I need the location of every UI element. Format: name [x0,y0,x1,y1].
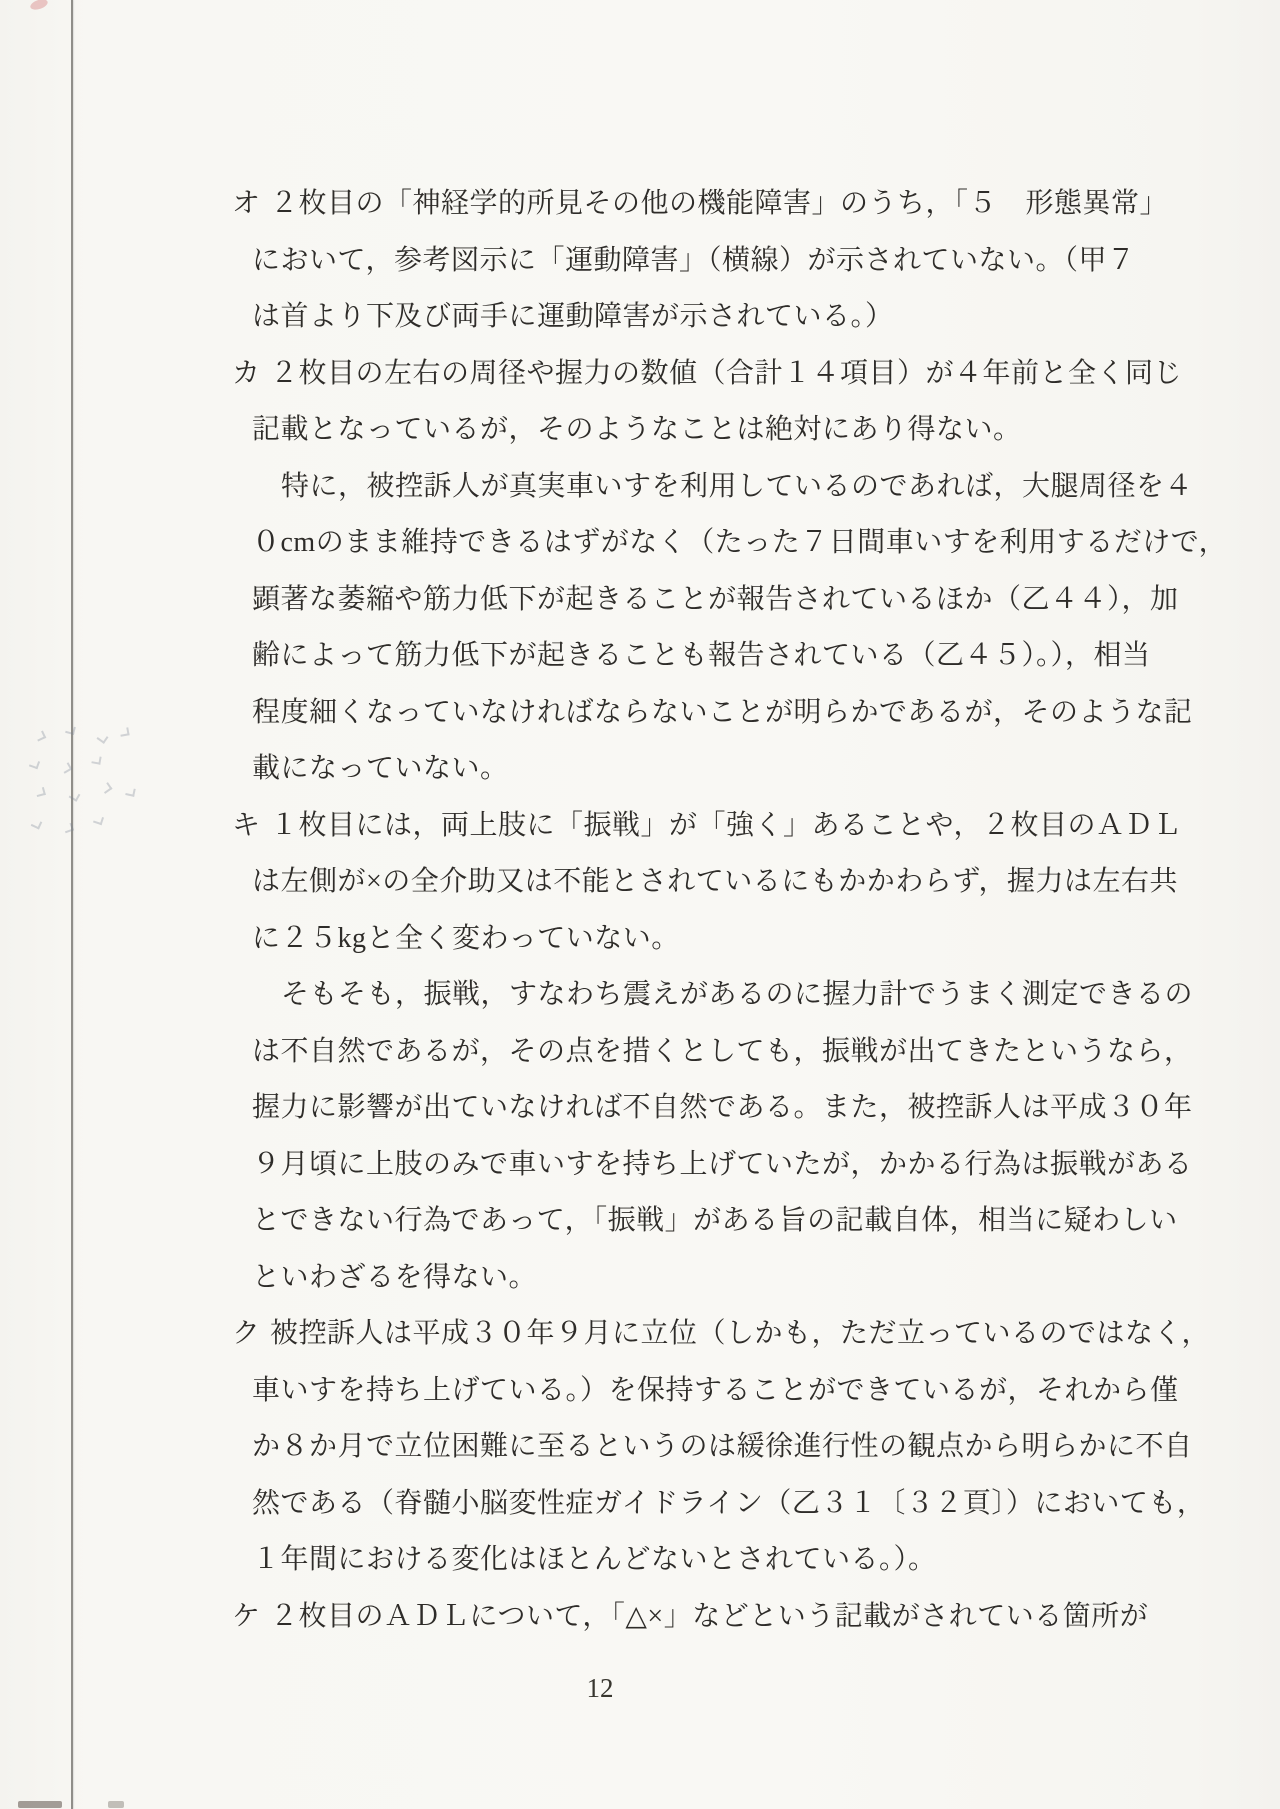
body-text: は不自然であるが，その点を措くとしても，振戦が出てきたというなら， [252,1036,1193,1067]
list-item-line: ９月頃に上肢のみで車いすを持ち上げていたが，かかる行為は振戦がある [0,1137,1280,1194]
list-item-line: 顕著な萎縮や筋力低下が起きることが報告されているほか（乙４４），加 [0,572,1280,629]
list-item-line: ケ２枚目のＡＤＬについて，「△×」などという記載がされている箇所が [0,1589,1280,1646]
body-text: 記載となっているが，そのようなことは絶対にあり得ない。 [252,414,1022,445]
scan-edge-smudge [108,1801,124,1808]
list-item-line: とできない行為であって，「振戦」がある旨の記載自体，相当に疑わしい [0,1193,1280,1250]
scanned-document-page: オ２枚目の「神経学的所見その他の機能障害」のうち，「５ 形態異常」 において，参… [0,0,1280,1809]
list-item-line: は首より下及び両手に運動障害が示されている。） [0,289,1280,346]
list-item-line: そもそも，振戦，すなわち震えがあるのに握力計でうまく測定できるの [0,967,1280,1024]
body-text: ２枚目の左右の周径や握力の数値（合計１４項目）が４年前と全く同じ [270,358,1182,389]
body-text: ２枚目の「神経学的所見その他の機能障害」のうち，「５ 形態異常」 [270,188,1168,219]
list-item-line: 握力に影響が出ていなければ不自然である。また，被控訴人は平成３０年 [0,1080,1280,1137]
list-item-line: 載になっていない。 [0,741,1280,798]
body-text: ０cmのまま維持できるはずがなく（たった７日間車いすを利用するだけで， [252,527,1227,558]
list-item-line: 然である（脊髄小脳変性症ガイドライン（乙３１〔３２頁〕）においても， [0,1476,1280,1533]
body-text: において，参考図示に「運動障害」（横線）が示されていない。（甲７ [252,245,1135,276]
list-item-line: か８か月で立位困難に至るというのは緩徐進行性の観点から明らかに不自 [0,1419,1280,1476]
list-item-line: ０cmのまま維持できるはずがなく（たった７日間車いすを利用するだけで， [0,515,1280,572]
body-text: 特に，被控訴人が真実車いすを利用しているのであれば，大腿周径を４ [281,471,1193,502]
list-item-line: オ２枚目の「神経学的所見その他の機能障害」のうち，「５ 形態異常」 [0,176,1280,233]
body-text: とできない行為であって，「振戦」がある旨の記載自体，相当に疑わしい [252,1205,1178,1236]
list-item-line: 特に，被控訴人が真実車いすを利用しているのであれば，大腿周径を４ [0,459,1280,516]
body-text: 程度細くなっていなければならないことが明らかであるが，そのような記 [252,697,1193,728]
body-text: 被控訴人は平成３０年９月に立位（しかも，ただ立っているのではなく， [270,1318,1210,1349]
list-item-line: 記載となっているが，そのようなことは絶対にあり得ない。 [0,402,1280,459]
list-item-line: １年間における変化はほとんどないとされている。）。 [0,1532,1280,1589]
body-text: そもそも，振戦，すなわち震えがあるのに握力計でうまく測定できるの [281,979,1193,1010]
item-label: ケ [232,1589,270,1646]
body-text: 載になっていない。 [252,753,509,784]
list-item-line: 車いすを持ち上げている。）を保持することができているが，それから僅 [0,1363,1280,1420]
body-text: は首より下及び両手に運動障害が示されている。） [252,301,894,332]
body-text: に２５kgと全く変わっていない。 [252,923,680,954]
list-item-line: カ２枚目の左右の周径や握力の数値（合計１４項目）が４年前と全く同じ [0,346,1280,403]
body-text: か８か月で立位困難に至るというのは緩徐進行性の観点から明らかに不自 [252,1431,1193,1462]
list-item-line: に２５kgと全く変わっていない。 [0,911,1280,968]
item-label: キ [232,798,270,855]
list-item-line: といわざるを得ない。 [0,1250,1280,1307]
body-text: 車いすを持ち上げている。）を保持することができているが，それから僅 [252,1375,1179,1406]
item-label: カ [232,346,270,403]
scan-edge-smudge [18,1801,62,1808]
list-item-line: 齢によって筋力低下が起きることも報告されている（乙４５）。），相当 [0,628,1280,685]
body-text: 握力に影響が出ていなければ不自然である。また，被控訴人は平成３０年 [252,1092,1193,1123]
page-number: 12 [558,1668,642,1708]
body-text: １枚目には，両上肢に「振戦」が「強く」あることや，２枚目のＡＤＬ [270,810,1181,841]
body-text: は左側が×の全介助又は不能とされているにもかかわらず，握力は左右共 [252,866,1178,897]
body-text: ９月頃に上肢のみで車いすを持ち上げていたが，かかる行為は振戦がある [252,1149,1193,1180]
list-item-line: において，参考図示に「運動障害」（横線）が示されていない。（甲７ [0,233,1280,290]
document-body: オ２枚目の「神経学的所見その他の機能障害」のうち，「５ 形態異常」 において，参… [0,176,1280,1645]
body-text: １年間における変化はほとんどないとされている。）。 [252,1544,937,1575]
list-item-line: ク被控訴人は平成３０年９月に立位（しかも，ただ立っているのではなく， [0,1306,1280,1363]
item-label: オ [232,176,270,233]
red-edge-mark [29,0,49,12]
body-text: といわざるを得ない。 [252,1262,537,1293]
list-item-line: 程度細くなっていなければならないことが明らかであるが，そのような記 [0,685,1280,742]
list-item-line: は左側が×の全介助又は不能とされているにもかかわらず，握力は左右共 [0,854,1280,911]
body-text: 齢によって筋力低下が起きることも報告されている（乙４５）。），相当 [252,640,1151,671]
list-item-line: キ１枚目には，両上肢に「振戦」が「強く」あることや，２枚目のＡＤＬ [0,798,1280,855]
body-text: 顕著な萎縮や筋力低下が起きることが報告されているほか（乙４４），加 [252,584,1179,615]
item-label: ク [232,1306,270,1363]
list-item-line: は不自然であるが，その点を措くとしても，振戦が出てきたというなら， [0,1024,1280,1081]
body-text: ２枚目のＡＤＬについて，「△×」などという記載がされている箇所が [270,1601,1148,1632]
body-text: 然である（脊髄小脳変性症ガイドライン（乙３１〔３２頁〕）においても， [252,1488,1205,1519]
